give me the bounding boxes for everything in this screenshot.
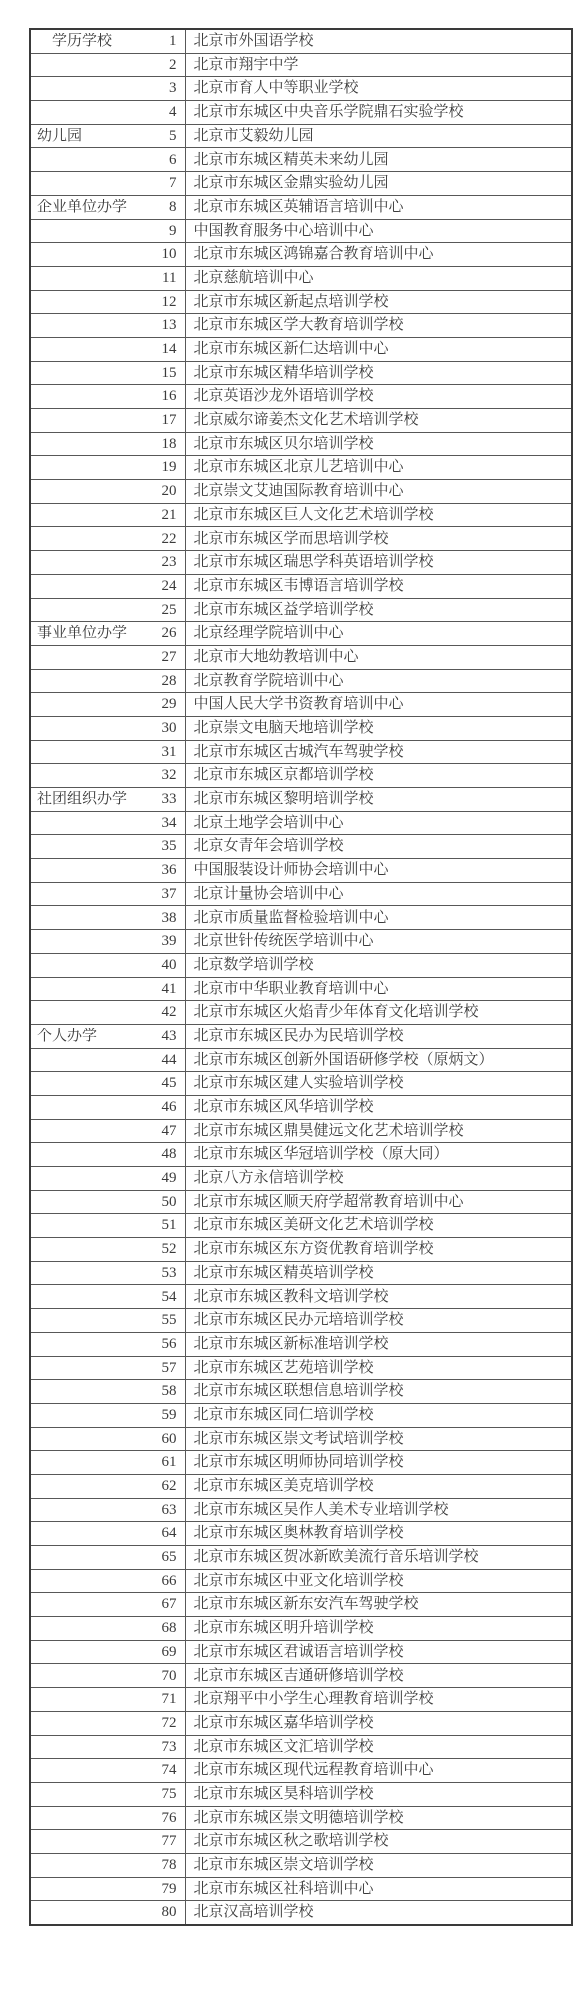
category-number-cell: 34 xyxy=(30,811,185,835)
school-name: 北京市东城区秋之歌培训学校 xyxy=(185,1830,572,1854)
table-row: 6 北京市东城区精英未来幼儿园 xyxy=(30,148,572,172)
table-row: 4 北京市东城区中央音乐学院鼎石实验学校 xyxy=(30,101,572,125)
category-number-cell: 39 xyxy=(30,930,185,954)
table-row: 65 北京市东城区贺冰新欧美流行音乐培训学校 xyxy=(30,1546,572,1570)
school-name: 北京市东城区昊科培训学校 xyxy=(185,1782,572,1806)
school-name: 北京市东城区新标准培训学校 xyxy=(185,1332,572,1356)
table-row: 59 北京市东城区同仁培训学校 xyxy=(30,1403,572,1427)
school-table: 学历学校 1 北京市外国语学校 2 北京市翔宇中学 3 北京市育人中等职业学校 xyxy=(29,28,573,1926)
category-number-cell: 37 xyxy=(30,882,185,906)
row-number: 75 xyxy=(162,1786,185,1803)
table-row: 73 北京市东城区文汇培训学校 xyxy=(30,1735,572,1759)
row-number: 11 xyxy=(162,270,184,287)
category-number-cell: 47 xyxy=(30,1119,185,1143)
school-name: 北京市东城区吉通研修培训学校 xyxy=(185,1664,572,1688)
row-number: 58 xyxy=(162,1383,185,1400)
table-body: 学历学校 1 北京市外国语学校 2 北京市翔宇中学 3 北京市育人中等职业学校 xyxy=(30,29,572,1925)
row-number: 20 xyxy=(162,483,185,500)
category-number-cell: 68 xyxy=(30,1617,185,1641)
row-number: 32 xyxy=(162,767,185,784)
category-number-cell: 53 xyxy=(30,1261,185,1285)
category-number-cell: 74 xyxy=(30,1759,185,1783)
table-row: 学历学校 1 北京市外国语学校 xyxy=(30,29,572,53)
row-number: 6 xyxy=(169,152,185,169)
row-number: 56 xyxy=(162,1336,185,1353)
table-row: 50 北京市东城区顺天府学超常教育培训中心 xyxy=(30,1190,572,1214)
table-row: 32 北京市东城区京都培训学校 xyxy=(30,764,572,788)
row-number: 68 xyxy=(162,1620,185,1637)
table-row: 44 北京市东城区创新外国语研修学校（原炳文） xyxy=(30,1048,572,1072)
row-number: 38 xyxy=(162,910,185,927)
school-name: 北京市质量监督检验培训中心 xyxy=(185,906,572,930)
category-number-cell: 个人办学 43 xyxy=(30,1024,185,1048)
category-number-cell: 27 xyxy=(30,645,185,669)
table-row: 47 北京市东城区鼎昊健远文化艺术培训学校 xyxy=(30,1119,572,1143)
category-number-cell: 22 xyxy=(30,527,185,551)
category-number-cell: 70 xyxy=(30,1664,185,1688)
row-number: 1 xyxy=(169,33,185,50)
school-name: 北京市东城区风华培训学校 xyxy=(185,1095,572,1119)
school-name: 北京市东城区新起点培训学校 xyxy=(185,290,572,314)
category-number-cell: 19 xyxy=(30,456,185,480)
row-number: 42 xyxy=(162,1004,185,1021)
school-name: 北京市东城区华冠培训学校（原大同） xyxy=(185,1143,572,1167)
table-row: 53 北京市东城区精英培训学校 xyxy=(30,1261,572,1285)
category-number-cell: 60 xyxy=(30,1427,185,1451)
table-row: 39 北京世针传统医学培训中心 xyxy=(30,930,572,954)
row-number: 33 xyxy=(162,791,185,808)
row-number: 61 xyxy=(162,1454,185,1471)
category-number-cell: 3 xyxy=(30,77,185,101)
school-name: 北京慈航培训中心 xyxy=(185,266,572,290)
table-row: 57 北京市东城区艺苑培训学校 xyxy=(30,1356,572,1380)
row-number: 40 xyxy=(162,957,185,974)
row-number: 49 xyxy=(162,1170,185,1187)
row-number: 27 xyxy=(162,649,185,666)
table-row: 35 北京女青年会培训学校 xyxy=(30,835,572,859)
table-row: 68 北京市东城区明升培训学校 xyxy=(30,1617,572,1641)
row-number: 35 xyxy=(162,838,185,855)
category-number-cell: 44 xyxy=(30,1048,185,1072)
category-number-cell: 学历学校 1 xyxy=(30,29,185,53)
table-row: 67 北京市东城区新东安汽车驾驶学校 xyxy=(30,1593,572,1617)
row-number: 28 xyxy=(162,673,185,690)
category-number-cell: 46 xyxy=(30,1095,185,1119)
school-name: 北京数学培训学校 xyxy=(185,953,572,977)
school-name: 北京市东城区学大教育培训学校 xyxy=(185,314,572,338)
row-number: 62 xyxy=(162,1478,185,1495)
row-number: 70 xyxy=(162,1668,185,1685)
school-name: 北京女青年会培训学校 xyxy=(185,835,572,859)
school-name: 北京市东城区新仁达培训中心 xyxy=(185,337,572,361)
category-number-cell: 23 xyxy=(30,551,185,575)
category-number-cell: 10 xyxy=(30,243,185,267)
school-name: 北京市东城区京都培训学校 xyxy=(185,764,572,788)
row-number: 66 xyxy=(162,1573,185,1590)
table-row: 20 北京崇文艾迪国际教育培训中心 xyxy=(30,480,572,504)
category-number-cell: 50 xyxy=(30,1190,185,1214)
table-row: 75 北京市东城区昊科培训学校 xyxy=(30,1782,572,1806)
category-number-cell: 69 xyxy=(30,1640,185,1664)
table-row: 社团组织办学 33 北京市东城区黎明培训学校 xyxy=(30,788,572,812)
category-number-cell: 42 xyxy=(30,1001,185,1025)
table-row: 企业单位办学 8 北京市东城区英辅语言培训中心 xyxy=(30,195,572,219)
table-row: 45 北京市东城区建人实验培训学校 xyxy=(30,1072,572,1096)
school-name: 北京市东城区中央音乐学院鼎石实验学校 xyxy=(185,101,572,125)
row-number: 22 xyxy=(162,531,185,548)
table-row: 34 北京土地学会培训中心 xyxy=(30,811,572,835)
row-number: 51 xyxy=(162,1217,185,1234)
row-number: 46 xyxy=(162,1099,185,1116)
table-row: 3 北京市育人中等职业学校 xyxy=(30,77,572,101)
table-row: 74 北京市东城区现代远程教育培训中心 xyxy=(30,1759,572,1783)
school-name: 北京翔平中小学生心理教育培训学校 xyxy=(185,1688,572,1712)
row-number: 76 xyxy=(162,1810,185,1827)
category-number-cell: 64 xyxy=(30,1522,185,1546)
row-number: 77 xyxy=(162,1833,185,1850)
school-name: 北京威尔谛姜杰文化艺术培训学校 xyxy=(185,409,572,433)
school-list-table-wrap: 学历学校 1 北京市外国语学校 2 北京市翔宇中学 3 北京市育人中等职业学校 xyxy=(29,28,573,1926)
category-number-cell: 20 xyxy=(30,480,185,504)
table-row: 16 北京英语沙龙外语培训学校 xyxy=(30,385,572,409)
school-name: 北京市东城区民办为民培训学校 xyxy=(185,1024,572,1048)
school-name: 北京市东城区贺冰新欧美流行音乐培训学校 xyxy=(185,1546,572,1570)
row-number: 24 xyxy=(162,578,185,595)
row-number: 74 xyxy=(162,1762,185,1779)
row-number: 63 xyxy=(162,1502,185,1519)
school-name: 中国教育服务中心培训中心 xyxy=(185,219,572,243)
category-number-cell: 75 xyxy=(30,1782,185,1806)
category-number-cell: 2 xyxy=(30,53,185,77)
row-number: 19 xyxy=(162,459,185,476)
table-row: 30 北京崇文电脑天地培训学校 xyxy=(30,716,572,740)
school-name: 北京市大地幼教培训中心 xyxy=(185,645,572,669)
category-number-cell: 24 xyxy=(30,574,185,598)
school-name: 北京市翔宇中学 xyxy=(185,53,572,77)
category-number-cell: 51 xyxy=(30,1214,185,1238)
school-name: 北京市育人中等职业学校 xyxy=(185,77,572,101)
category-number-cell: 18 xyxy=(30,432,185,456)
row-number: 69 xyxy=(162,1644,185,1661)
row-number: 31 xyxy=(162,744,185,761)
school-name: 中国人民大学书资教育培训中心 xyxy=(185,693,572,717)
school-name: 中国服装设计师协会培训中心 xyxy=(185,859,572,883)
school-name: 北京土地学会培训中心 xyxy=(185,811,572,835)
category-number-cell: 57 xyxy=(30,1356,185,1380)
row-number: 67 xyxy=(162,1596,185,1613)
school-name: 北京市东城区韦博语言培训学校 xyxy=(185,574,572,598)
school-name: 北京市东城区巨人文化艺术培训学校 xyxy=(185,503,572,527)
row-number: 10 xyxy=(162,246,185,263)
table-row: 69 北京市东城区君诚语言培训学校 xyxy=(30,1640,572,1664)
school-name: 北京市东城区君诚语言培训学校 xyxy=(185,1640,572,1664)
category-number-cell: 48 xyxy=(30,1143,185,1167)
table-row: 71 北京翔平中小学生心理教育培训学校 xyxy=(30,1688,572,1712)
category-number-cell: 14 xyxy=(30,337,185,361)
table-row: 2 北京市翔宇中学 xyxy=(30,53,572,77)
row-number: 21 xyxy=(162,507,185,524)
row-number: 79 xyxy=(162,1881,185,1898)
school-name: 北京市东城区社科培训中心 xyxy=(185,1877,572,1901)
table-row: 个人办学 43 北京市东城区民办为民培训学校 xyxy=(30,1024,572,1048)
table-row: 18 北京市东城区贝尔培训学校 xyxy=(30,432,572,456)
table-row: 29 中国人民大学书资教育培训中心 xyxy=(30,693,572,717)
row-number: 25 xyxy=(162,602,185,619)
school-name: 北京市东城区精英培训学校 xyxy=(185,1261,572,1285)
table-row: 13 北京市东城区学大教育培训学校 xyxy=(30,314,572,338)
row-number: 8 xyxy=(169,199,185,216)
school-name: 北京市东城区民办元培培训学校 xyxy=(185,1309,572,1333)
school-name: 北京计量协会培训中心 xyxy=(185,882,572,906)
category-number-cell: 30 xyxy=(30,716,185,740)
school-name: 北京市东城区北京儿艺培训中心 xyxy=(185,456,572,480)
row-number: 44 xyxy=(162,1052,185,1069)
table-row: 77 北京市东城区秋之歌培训学校 xyxy=(30,1830,572,1854)
table-row: 52 北京市东城区东方资优教育培训学校 xyxy=(30,1238,572,1262)
table-row: 49 北京八方永信培训学校 xyxy=(30,1167,572,1191)
row-number: 30 xyxy=(162,720,185,737)
row-number: 54 xyxy=(162,1289,185,1306)
school-name: 北京市东城区创新外国语研修学校（原炳文） xyxy=(185,1048,572,1072)
school-name: 北京市东城区美研文化艺术培训学校 xyxy=(185,1214,572,1238)
row-number: 43 xyxy=(162,1028,185,1045)
row-number: 12 xyxy=(162,294,185,311)
row-number: 52 xyxy=(162,1241,185,1258)
table-row: 76 北京市东城区崇文明德培训学校 xyxy=(30,1806,572,1830)
row-number: 4 xyxy=(169,104,185,121)
school-name: 北京市东城区黎明培训学校 xyxy=(185,788,572,812)
school-name: 北京市东城区教科文培训学校 xyxy=(185,1285,572,1309)
row-number: 34 xyxy=(162,815,185,832)
category-number-cell: 76 xyxy=(30,1806,185,1830)
table-row: 41 北京市中华职业教育培训中心 xyxy=(30,977,572,1001)
table-row: 22 北京市东城区学而思培训学校 xyxy=(30,527,572,551)
table-row: 56 北京市东城区新标准培训学校 xyxy=(30,1332,572,1356)
school-name: 北京市东城区建人实验培训学校 xyxy=(185,1072,572,1096)
category-label: 幼儿园 xyxy=(31,128,169,145)
row-number: 36 xyxy=(162,862,185,879)
category-number-cell: 59 xyxy=(30,1403,185,1427)
table-row: 7 北京市东城区金鼎实验幼儿园 xyxy=(30,172,572,196)
category-number-cell: 35 xyxy=(30,835,185,859)
school-name: 北京市东城区崇文考试培训学校 xyxy=(185,1427,572,1451)
category-number-cell: 45 xyxy=(30,1072,185,1096)
table-row: 38 北京市质量监督检验培训中心 xyxy=(30,906,572,930)
row-number: 16 xyxy=(162,388,185,405)
category-number-cell: 40 xyxy=(30,953,185,977)
row-number: 37 xyxy=(162,886,185,903)
table-row: 14 北京市东城区新仁达培训中心 xyxy=(30,337,572,361)
table-row: 60 北京市东城区崇文考试培训学校 xyxy=(30,1427,572,1451)
school-name: 北京市东城区精英未来幼儿园 xyxy=(185,148,572,172)
category-number-cell: 社团组织办学 33 xyxy=(30,788,185,812)
table-row: 51 北京市东城区美研文化艺术培训学校 xyxy=(30,1214,572,1238)
school-name: 北京市东城区美克培训学校 xyxy=(185,1474,572,1498)
table-row: 幼儿园 5 北京市艾毅幼儿园 xyxy=(30,124,572,148)
row-number: 50 xyxy=(162,1194,185,1211)
table-row: 79 北京市东城区社科培训中心 xyxy=(30,1877,572,1901)
school-name: 北京市东城区瑞思学科英语培训学校 xyxy=(185,551,572,575)
school-name: 北京市东城区鸿锦嘉合教育培训中心 xyxy=(185,243,572,267)
row-number: 14 xyxy=(162,341,185,358)
school-name: 北京崇文艾迪国际教育培训中心 xyxy=(185,480,572,504)
category-number-cell: 4 xyxy=(30,101,185,125)
category-number-cell: 事业单位办学 26 xyxy=(30,622,185,646)
category-number-cell: 企业单位办学 8 xyxy=(30,195,185,219)
category-number-cell: 72 xyxy=(30,1711,185,1735)
category-number-cell: 56 xyxy=(30,1332,185,1356)
category-number-cell: 58 xyxy=(30,1380,185,1404)
table-row: 17 北京威尔谛姜杰文化艺术培训学校 xyxy=(30,409,572,433)
table-row: 48 北京市东城区华冠培训学校（原大同） xyxy=(30,1143,572,1167)
category-number-cell: 29 xyxy=(30,693,185,717)
category-number-cell: 38 xyxy=(30,906,185,930)
category-number-cell: 17 xyxy=(30,409,185,433)
category-number-cell: 61 xyxy=(30,1451,185,1475)
category-label: 学历学校 xyxy=(31,33,169,50)
category-number-cell: 52 xyxy=(30,1238,185,1262)
category-label: 事业单位办学 xyxy=(31,625,162,642)
category-number-cell: 49 xyxy=(30,1167,185,1191)
table-row: 23 北京市东城区瑞思学科英语培训学校 xyxy=(30,551,572,575)
row-number: 60 xyxy=(162,1431,185,1448)
school-name: 北京世针传统医学培训中心 xyxy=(185,930,572,954)
table-row: 55 北京市东城区民办元培培训学校 xyxy=(30,1309,572,1333)
category-number-cell: 15 xyxy=(30,361,185,385)
table-row: 66 北京市东城区中亚文化培训学校 xyxy=(30,1569,572,1593)
category-number-cell: 6 xyxy=(30,148,185,172)
row-number: 57 xyxy=(162,1360,185,1377)
school-name: 北京市东城区现代远程教育培训中心 xyxy=(185,1759,572,1783)
row-number: 39 xyxy=(162,933,185,950)
category-number-cell: 25 xyxy=(30,598,185,622)
school-name: 北京市东城区崇文培训学校 xyxy=(185,1853,572,1877)
category-number-cell: 9 xyxy=(30,219,185,243)
school-name: 北京市东城区嘉华培训学校 xyxy=(185,1711,572,1735)
school-name: 北京汉高培训学校 xyxy=(185,1901,572,1925)
table-row: 62 北京市东城区美克培训学校 xyxy=(30,1474,572,1498)
school-name: 北京市东城区新东安汽车驾驶学校 xyxy=(185,1593,572,1617)
table-row: 事业单位办学 26 北京经理学院培训中心 xyxy=(30,622,572,646)
category-number-cell: 78 xyxy=(30,1853,185,1877)
school-name: 北京崇文电脑天地培训学校 xyxy=(185,716,572,740)
school-name: 北京市中华职业教育培训中心 xyxy=(185,977,572,1001)
category-number-cell: 36 xyxy=(30,859,185,883)
category-number-cell: 16 xyxy=(30,385,185,409)
school-name: 北京经理学院培训中心 xyxy=(185,622,572,646)
school-name: 北京市东城区火焰青少年体育文化培训学校 xyxy=(185,1001,572,1025)
table-row: 25 北京市东城区益学培训学校 xyxy=(30,598,572,622)
category-number-cell: 32 xyxy=(30,764,185,788)
school-name: 北京市东城区顺天府学超常教育培训中心 xyxy=(185,1190,572,1214)
row-number: 2 xyxy=(169,57,185,74)
school-name: 北京市东城区艺苑培训学校 xyxy=(185,1356,572,1380)
category-number-cell: 79 xyxy=(30,1877,185,1901)
row-number: 53 xyxy=(162,1265,185,1282)
school-name: 北京八方永信培训学校 xyxy=(185,1167,572,1191)
school-name: 北京英语沙龙外语培训学校 xyxy=(185,385,572,409)
school-name: 北京市东城区明师协同培训学校 xyxy=(185,1451,572,1475)
category-number-cell: 65 xyxy=(30,1546,185,1570)
table-row: 40 北京数学培训学校 xyxy=(30,953,572,977)
school-name: 北京市东城区吴作人美术专业培训学校 xyxy=(185,1498,572,1522)
row-number: 73 xyxy=(162,1739,185,1756)
row-number: 5 xyxy=(169,128,185,145)
row-number: 65 xyxy=(162,1549,185,1566)
row-number: 13 xyxy=(162,317,185,334)
category-number-cell: 71 xyxy=(30,1688,185,1712)
row-number: 26 xyxy=(162,625,185,642)
category-number-cell: 66 xyxy=(30,1569,185,1593)
school-name: 北京市东城区益学培训学校 xyxy=(185,598,572,622)
table-row: 70 北京市东城区吉通研修培训学校 xyxy=(30,1664,572,1688)
table-row: 80 北京汉高培训学校 xyxy=(30,1901,572,1925)
table-row: 9 中国教育服务中心培训中心 xyxy=(30,219,572,243)
category-number-cell: 63 xyxy=(30,1498,185,1522)
table-row: 10 北京市东城区鸿锦嘉合教育培训中心 xyxy=(30,243,572,267)
row-number: 47 xyxy=(162,1123,185,1140)
school-name: 北京市东城区精华培训学校 xyxy=(185,361,572,385)
row-number: 78 xyxy=(162,1857,185,1874)
table-row: 54 北京市东城区教科文培训学校 xyxy=(30,1285,572,1309)
category-number-cell: 11 xyxy=(30,266,185,290)
category-number-cell: 21 xyxy=(30,503,185,527)
table-row: 15 北京市东城区精华培训学校 xyxy=(30,361,572,385)
table-row: 12 北京市东城区新起点培训学校 xyxy=(30,290,572,314)
category-number-cell: 31 xyxy=(30,740,185,764)
category-number-cell: 55 xyxy=(30,1309,185,1333)
category-number-cell: 28 xyxy=(30,669,185,693)
row-number: 71 xyxy=(162,1691,185,1708)
table-row: 58 北京市东城区联想信息培训学校 xyxy=(30,1380,572,1404)
category-label: 社团组织办学 xyxy=(31,791,162,808)
table-row: 28 北京教育学院培训中心 xyxy=(30,669,572,693)
row-number: 23 xyxy=(162,554,185,571)
table-row: 72 北京市东城区嘉华培训学校 xyxy=(30,1711,572,1735)
school-name: 北京市东城区联想信息培训学校 xyxy=(185,1380,572,1404)
table-row: 11 北京慈航培训中心 xyxy=(30,266,572,290)
school-name: 北京市东城区贝尔培训学校 xyxy=(185,432,572,456)
school-name: 北京市东城区英辅语言培训中心 xyxy=(185,195,572,219)
category-number-cell: 73 xyxy=(30,1735,185,1759)
row-number: 17 xyxy=(162,412,185,429)
row-number: 80 xyxy=(162,1904,185,1921)
category-number-cell: 7 xyxy=(30,172,185,196)
school-name: 北京市东城区金鼎实验幼儿园 xyxy=(185,172,572,196)
table-row: 24 北京市东城区韦博语言培训学校 xyxy=(30,574,572,598)
school-name: 北京市东城区学而思培训学校 xyxy=(185,527,572,551)
school-name: 北京市外国语学校 xyxy=(185,29,572,53)
table-row: 61 北京市东城区明师协同培训学校 xyxy=(30,1451,572,1475)
table-row: 21 北京市东城区巨人文化艺术培训学校 xyxy=(30,503,572,527)
school-name: 北京市东城区中亚文化培训学校 xyxy=(185,1569,572,1593)
table-row: 63 北京市东城区吴作人美术专业培训学校 xyxy=(30,1498,572,1522)
row-number: 15 xyxy=(162,365,185,382)
category-number-cell: 13 xyxy=(30,314,185,338)
table-row: 31 北京市东城区古城汽车驾驶学校 xyxy=(30,740,572,764)
table-row: 36 中国服装设计师协会培训中心 xyxy=(30,859,572,883)
table-row: 78 北京市东城区崇文培训学校 xyxy=(30,1853,572,1877)
row-number: 18 xyxy=(162,436,185,453)
table-row: 27 北京市大地幼教培训中心 xyxy=(30,645,572,669)
table-row: 42 北京市东城区火焰青少年体育文化培训学校 xyxy=(30,1001,572,1025)
category-number-cell: 12 xyxy=(30,290,185,314)
row-number: 45 xyxy=(162,1075,185,1092)
row-number: 3 xyxy=(169,80,185,97)
school-name: 北京市东城区鼎昊健远文化艺术培训学校 xyxy=(185,1119,572,1143)
table-row: 37 北京计量协会培训中心 xyxy=(30,882,572,906)
row-number: 29 xyxy=(162,696,185,713)
